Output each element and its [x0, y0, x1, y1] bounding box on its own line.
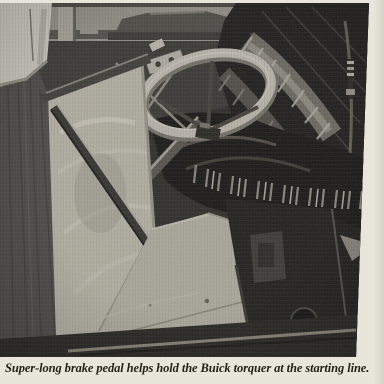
- magazine-page: Super-long brake pedal helps hold the Bu…: [0, 0, 384, 384]
- page-edge-shade: [374, 0, 384, 384]
- photo-scene: [0, 3, 384, 357]
- photograph: [0, 3, 384, 357]
- film-grain: [0, 3, 384, 357]
- photo-caption: Super-long brake pedal helps hold the Bu…: [5, 360, 381, 376]
